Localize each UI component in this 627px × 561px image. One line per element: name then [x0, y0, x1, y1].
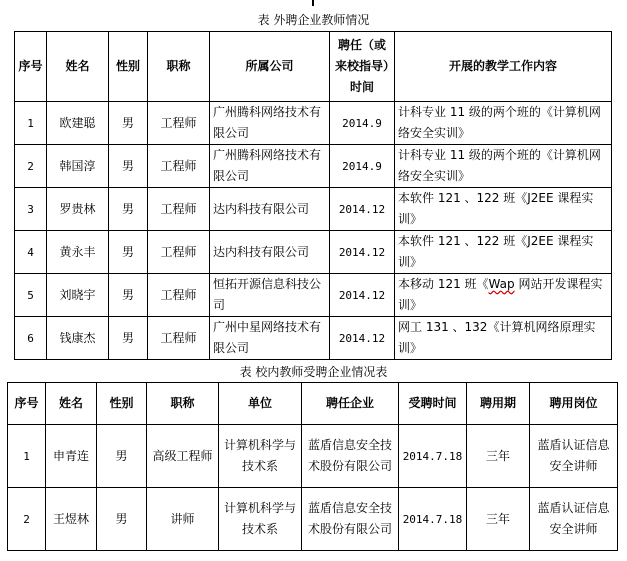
header-title: 职称	[147, 383, 219, 425]
cell-enterprise: 蓝盾信息安全技术股份有限公司	[302, 488, 399, 551]
table-header-row: 序号 姓名 性别 职称 所属公司 聘任（或来校指导）时间 开展的教学工作内容	[15, 32, 612, 102]
table-row: 3 罗贵林 男 工程师 达内科技有限公司 2014.12 本软件 121 、12…	[15, 188, 612, 231]
cell-title: 工程师	[148, 317, 210, 360]
cell-time: 2014.12	[330, 317, 395, 360]
header-gender: 性别	[97, 383, 147, 425]
cell-title: 工程师	[148, 231, 210, 274]
cell-gender: 男	[109, 145, 148, 188]
cell-no: 2	[8, 488, 46, 551]
cell-content: 网工 131 、132《计算机网络原理实训》	[395, 317, 612, 360]
cell-no: 3	[15, 188, 47, 231]
header-content: 开展的教学工作内容	[395, 32, 612, 102]
cell-title: 工程师	[148, 145, 210, 188]
text-cursor	[312, 0, 314, 6]
cell-time: 2014.9	[330, 102, 395, 145]
header-no: 序号	[8, 383, 46, 425]
cell-no: 1	[15, 102, 47, 145]
header-company: 所属公司	[210, 32, 330, 102]
cell-unit: 计算机科学与技术系	[219, 488, 302, 551]
cell-company: 达内科技有限公司	[210, 231, 330, 274]
cell-post: 蓝盾认证信息安全讲师	[530, 425, 618, 488]
cell-company: 广州腾科网络技术有限公司	[210, 102, 330, 145]
content-text: 本移动 121 班《	[398, 277, 489, 291]
cell-period: 三年	[467, 488, 530, 551]
header-name: 姓名	[47, 32, 109, 102]
cell-company: 广州中星网络技术有限公司	[210, 317, 330, 360]
cell-gender: 男	[109, 274, 148, 317]
header-time: 聘任（或来校指导）时间	[330, 32, 395, 102]
cell-company: 恒拓开源信息科技公司	[210, 274, 330, 317]
cell-title: 工程师	[148, 188, 210, 231]
cell-no: 1	[8, 425, 46, 488]
cell-time: 2014.7.18	[399, 488, 467, 551]
cell-name: 钱康杰	[47, 317, 109, 360]
external-teachers-table: 序号 姓名 性别 职称 所属公司 聘任（或来校指导）时间 开展的教学工作内容 1…	[14, 31, 612, 360]
cell-post: 蓝盾认证信息安全讲师	[530, 488, 618, 551]
header-time: 受聘时间	[399, 383, 467, 425]
cell-unit: 计算机科学与技术系	[219, 425, 302, 488]
table-row: 4 黄永丰 男 工程师 达内科技有限公司 2014.12 本软件 121 、12…	[15, 231, 612, 274]
cell-name: 黄永丰	[47, 231, 109, 274]
table-row: 6 钱康杰 男 工程师 广州中星网络技术有限公司 2014.12 网工 131 …	[15, 317, 612, 360]
cell-time: 2014.12	[330, 188, 395, 231]
cell-no: 2	[15, 145, 47, 188]
table-row: 1 申青连 男 高级工程师 计算机科学与技术系 蓝盾信息安全技术股份有限公司 2…	[8, 425, 618, 488]
cell-name: 申青连	[46, 425, 97, 488]
cell-company: 达内科技有限公司	[210, 188, 330, 231]
cell-content: 本软件 121 、122 班《J2EE 课程实训》	[395, 188, 612, 231]
cell-title: 讲师	[147, 488, 219, 551]
cell-gender: 男	[97, 488, 147, 551]
cell-content: 计科专业 11 级的两个班的《计算机网络安全实训》	[395, 102, 612, 145]
cell-time: 2014.7.18	[399, 425, 467, 488]
cell-gender: 男	[97, 425, 147, 488]
cell-company: 广州腾科网络技术有限公司	[210, 145, 330, 188]
cell-time: 2014.12	[330, 231, 395, 274]
cell-name: 韩国淳	[47, 145, 109, 188]
cell-no: 5	[15, 274, 47, 317]
table-row: 5 刘晓宇 男 工程师 恒拓开源信息科技公司 2014.12 本移动 121 班…	[15, 274, 612, 317]
cell-gender: 男	[109, 188, 148, 231]
internal-teachers-table: 序号 姓名 性别 职称 单位 聘任企业 受聘时间 聘用期 聘用岗位 1 申青连 …	[7, 382, 618, 551]
header-gender: 性别	[109, 32, 148, 102]
cell-gender: 男	[109, 102, 148, 145]
cell-content: 本软件 121 、122 班《J2EE 课程实训》	[395, 231, 612, 274]
table-header-row: 序号 姓名 性别 职称 单位 聘任企业 受聘时间 聘用期 聘用岗位	[8, 383, 618, 425]
cell-name: 罗贵林	[47, 188, 109, 231]
header-name: 姓名	[46, 383, 97, 425]
spellcheck-flagged-word[interactable]: Wap	[489, 277, 515, 291]
cell-name: 王煜林	[46, 488, 97, 551]
cell-no: 6	[15, 317, 47, 360]
cell-time: 2014.12	[330, 274, 395, 317]
header-title: 职称	[148, 32, 210, 102]
table-row: 1 欧建聪 男 工程师 广州腾科网络技术有限公司 2014.9 计科专业 11 …	[15, 102, 612, 145]
table-row: 2 王煜林 男 讲师 计算机科学与技术系 蓝盾信息安全技术股份有限公司 2014…	[8, 488, 618, 551]
cell-time: 2014.9	[330, 145, 395, 188]
cell-content: 本移动 121 班《Wap 网站开发课程实训》	[395, 274, 612, 317]
table2-caption: 表 校内教师受聘企业情况表	[0, 365, 627, 379]
cell-no: 4	[15, 231, 47, 274]
header-post: 聘用岗位	[530, 383, 618, 425]
cell-title: 工程师	[148, 102, 210, 145]
header-period: 聘用期	[467, 383, 530, 425]
header-no: 序号	[15, 32, 47, 102]
cell-name: 刘晓宇	[47, 274, 109, 317]
header-unit: 单位	[219, 383, 302, 425]
cell-name: 欧建聪	[47, 102, 109, 145]
cell-gender: 男	[109, 317, 148, 360]
cell-title: 高级工程师	[147, 425, 219, 488]
table-row: 2 韩国淳 男 工程师 广州腾科网络技术有限公司 2014.9 计科专业 11 …	[15, 145, 612, 188]
cell-period: 三年	[467, 425, 530, 488]
cell-gender: 男	[109, 231, 148, 274]
table1-caption: 表 外聘企业教师情况	[0, 13, 627, 27]
cell-content: 计科专业 11 级的两个班的《计算机网络安全实训》	[395, 145, 612, 188]
cell-title: 工程师	[148, 274, 210, 317]
cell-enterprise: 蓝盾信息安全技术股份有限公司	[302, 425, 399, 488]
header-enterprise: 聘任企业	[302, 383, 399, 425]
